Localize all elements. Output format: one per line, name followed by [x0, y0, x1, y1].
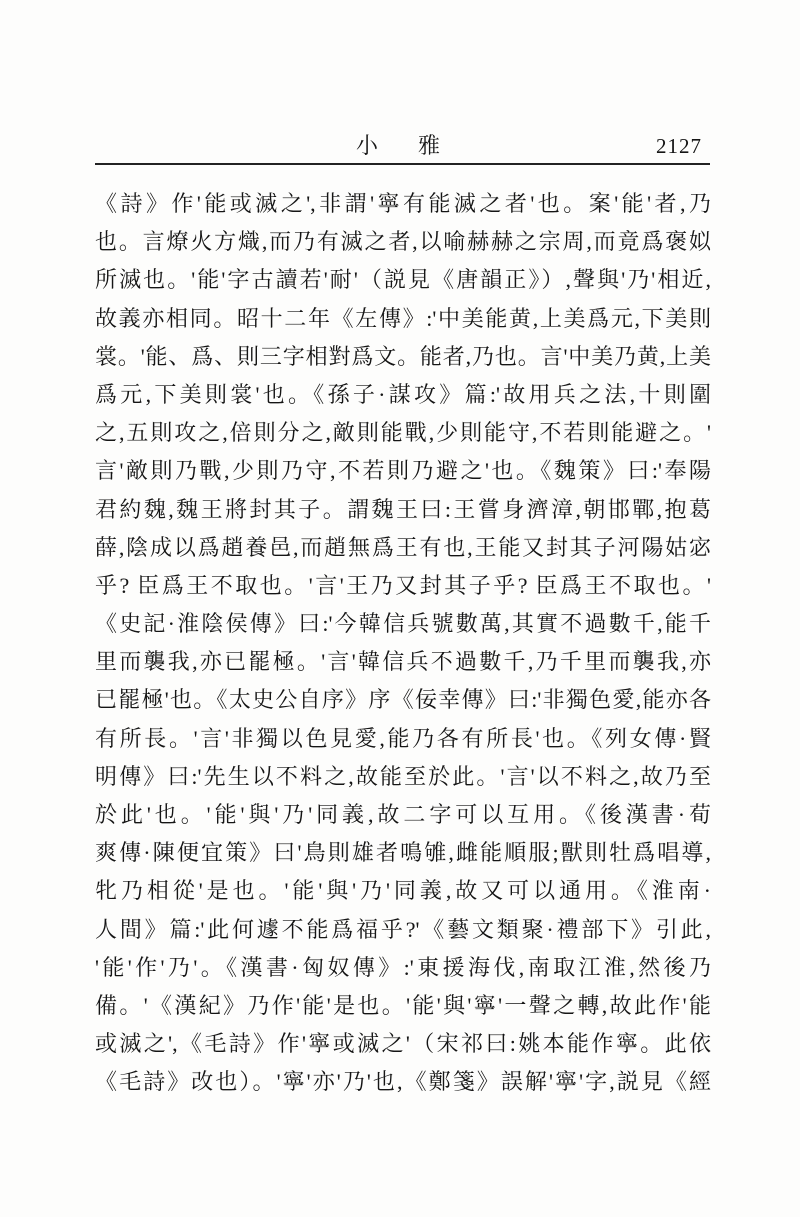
text-line: 之,五則攻之,倍則分之,敵則能戰,少則能守,不若則能避之。' [95, 414, 711, 452]
text-line: 或滅之',《毛詩》作'寧或滅之'（宋祁曰:姚本能作寧。此依 [95, 1025, 711, 1063]
text-line: 《詩》作'能或滅之',非謂'寧有能滅之者'也。案'能'者,乃 [95, 185, 711, 223]
page-header: 小 雅 2127 [95, 133, 710, 165]
text-line: 牝乃相從'是也。'能'與'乃'同義,故又可以通用。《淮南· [95, 872, 711, 910]
text-line: 裳。'能、爲、則三字相對爲文。能者,乃也。言'中美乃黄,上美 [95, 338, 711, 376]
text-line: 明傳》曰:'先生以不料之,故能至於此。'言'以不料之,故乃至 [95, 758, 711, 796]
text-line: 乎? 臣爲王不取也。'言'王乃又封其子乎? 臣爲王不取也。' [95, 567, 711, 605]
text-line: 《史記·淮陰侯傳》曰:'今韓信兵號數萬,其實不過數千,能千 [95, 605, 711, 643]
text-line: 爽傳·陳便宜策》曰'鳥則雄者鳴雊,雌能順服;獸則牡爲唱導, [95, 834, 711, 872]
text-line: 里而襲我,亦已罷極。'言'韓信兵不過數千,乃千里而襲我,亦 [95, 643, 711, 681]
text-line: 爲元,下美則裳'也。《孫子·謀攻》篇:'故用兵之法,十則圍 [95, 376, 711, 414]
text-line: 薛,陰成以爲趙養邑,而趙無爲王有也,王能又封其子河陽姑宓 [95, 529, 711, 567]
text-line: 《毛詩》改也）。'寧'亦'乃'也,《鄭箋》誤解'寧'字,説見《經 [95, 1063, 711, 1101]
text-line: 所滅也。'能'字古讀若'耐'（説見《唐韻正》）,聲與'乃'相近, [95, 261, 711, 299]
scanned-book-page: 小 雅 2127 《詩》作'能或滅之',非謂'寧有能滅之者'也。案'能'者,乃 … [0, 0, 800, 1217]
text-line: 備。'《漢紀》乃作'能'是也。'能'與'寧'一聲之轉,故此作'能 [95, 987, 711, 1025]
text-line: 言'敵則乃戰,少則乃守,不若則乃避之'也。《魏策》曰:'奉陽 [95, 452, 711, 490]
text-line: 君約魏,魏王將封其子。謂魏王曰:王嘗身濟漳,朝邯鄲,抱葛 [95, 491, 711, 529]
page-number: 2127 [656, 133, 702, 159]
running-title: 小 雅 [356, 133, 449, 159]
text-line: 也。言燎火方熾,而乃有滅之者,以喻赫赫之宗周,而竟爲褒姒 [95, 223, 711, 261]
text-line: 有所長。'言'非獨以色見愛,能乃各有所長'也。《列女傳·賢 [95, 720, 711, 758]
text-line: '能'作'乃'。《漢書·匈奴傳》:'東援海伐,南取江淮,然後乃 [95, 949, 711, 987]
text-line: 已罷極'也。《太史公自序》序《佞幸傳》曰:'非獨色愛,能亦各 [95, 681, 711, 719]
body-text: 《詩》作'能或滅之',非謂'寧有能滅之者'也。案'能'者,乃 也。言燎火方熾,而… [95, 185, 711, 1102]
text-line: 人間》篇:'此何遽不能爲福乎?'《藝文類聚·禮部下》引此, [95, 911, 711, 949]
text-line: 於此'也。'能'與'乃'同義,故二字可以互用。《後漢書·荀 [95, 796, 711, 834]
text-line: 故義亦相同。昭十二年《左傳》:'中美能黄,上美爲元,下美則 [95, 300, 711, 338]
